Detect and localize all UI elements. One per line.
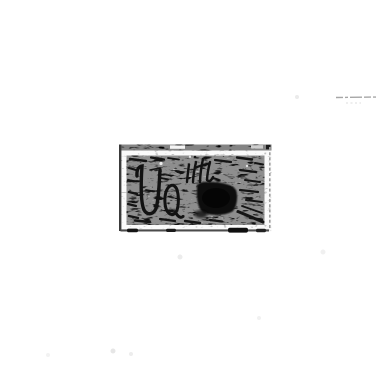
dust-speck <box>295 95 299 99</box>
top-band-light <box>251 145 263 148</box>
bottom-blot-3 <box>228 228 248 233</box>
top-band-noise <box>119 145 272 151</box>
dust-speck <box>178 255 183 260</box>
photo-left-border <box>119 145 121 232</box>
photo-top-band <box>119 145 272 151</box>
dust-speck <box>129 352 133 356</box>
bottom-blot-4 <box>256 229 266 232</box>
photo-interior <box>127 156 265 226</box>
photo-frame <box>119 145 272 233</box>
top-band-gap <box>170 145 185 148</box>
signature-i-dot <box>194 156 197 159</box>
dust-speck <box>46 353 50 357</box>
scanned-photo-artwork <box>0 0 378 378</box>
ink-blot-core <box>202 188 230 208</box>
bottom-blot-1 <box>127 229 138 233</box>
bottom-blot-2 <box>166 229 176 232</box>
dust-speck <box>111 349 116 354</box>
ink-blot-smudge <box>195 210 208 218</box>
dashed-artifact-line <box>336 97 378 98</box>
dust-speck <box>257 316 261 320</box>
scanned-page <box>0 0 378 378</box>
dust-speck <box>321 250 326 255</box>
